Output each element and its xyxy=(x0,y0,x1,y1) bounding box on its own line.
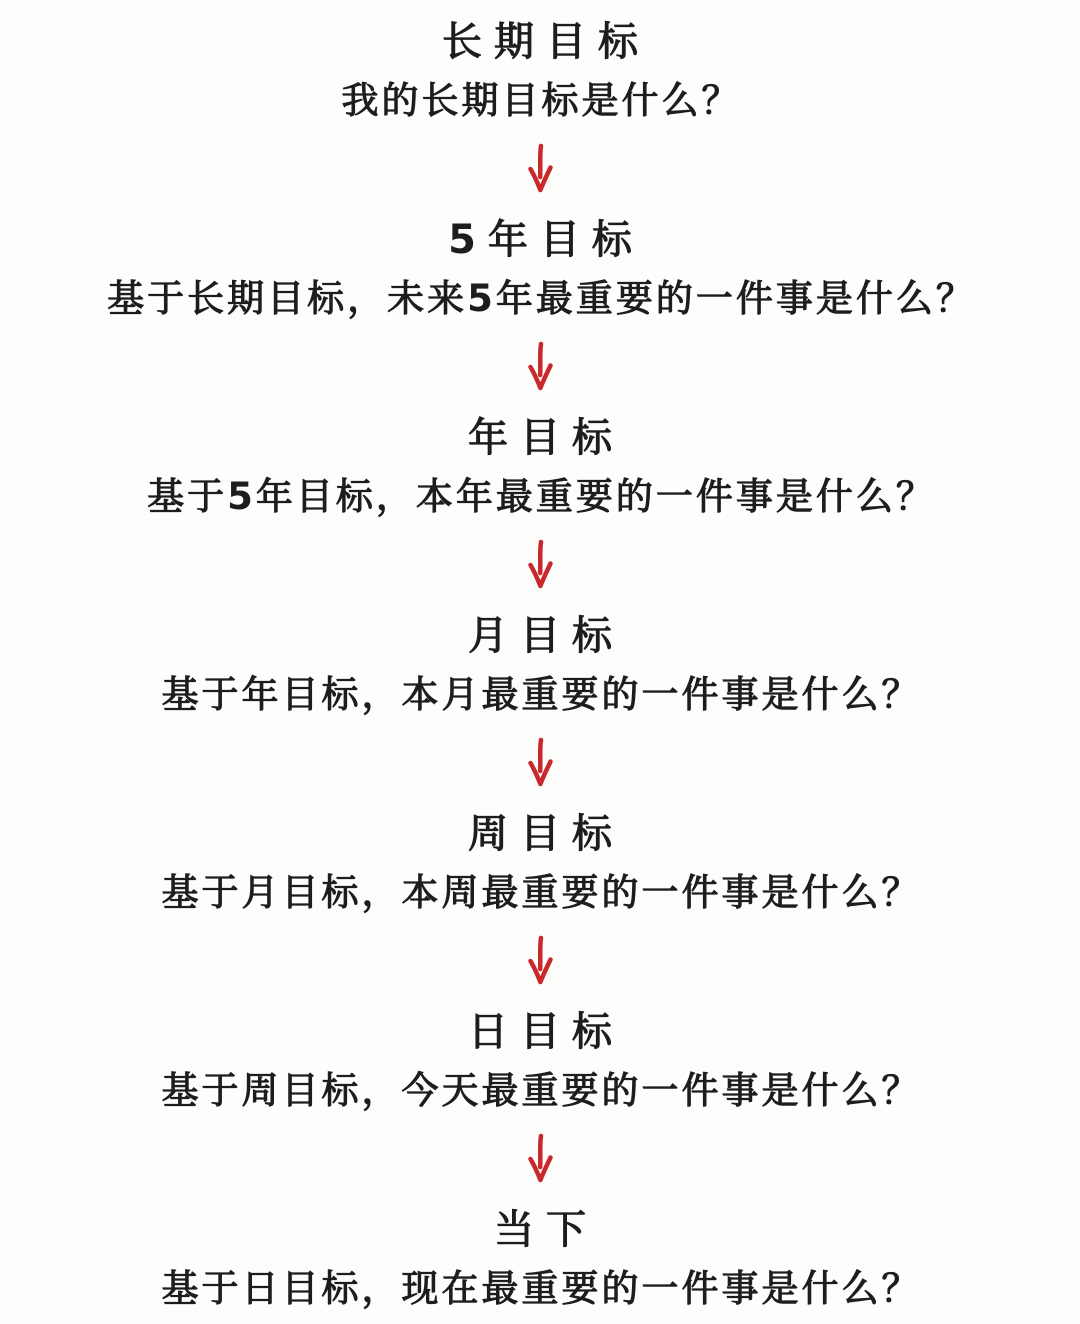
down-arrow-icon xyxy=(520,140,560,196)
down-arrow-icon xyxy=(520,536,560,592)
goal-section-year: 年目标 基于5年目标，本年最重要的一件事是什么？ xyxy=(0,414,1080,612)
section-question: 基于日目标，现在最重要的一件事是什么？ xyxy=(159,1266,922,1312)
section-question: 我的长期目标是什么？ xyxy=(339,78,742,124)
goal-section-5year: 5年目标 基于长期目标，未来5年最重要的一件事是什么？ xyxy=(0,216,1080,414)
section-title: 月目标 xyxy=(456,612,624,660)
down-arrow-icon xyxy=(520,734,560,790)
section-question: 基于年目标，本月最重要的一件事是什么？ xyxy=(159,672,922,718)
down-arrow-icon xyxy=(520,338,560,394)
down-arrow-icon xyxy=(520,932,560,988)
down-arrow-icon xyxy=(520,1130,560,1186)
goal-section-longterm: 长期目标 我的长期目标是什么？ xyxy=(0,18,1080,216)
section-title: 周目标 xyxy=(456,810,624,858)
section-question: 基于周目标，今天最重要的一件事是什么？ xyxy=(159,1068,922,1114)
section-question: 基于5年目标，本年最重要的一件事是什么？ xyxy=(144,474,936,520)
section-question: 基于长期目标，未来5年最重要的一件事是什么？ xyxy=(104,276,976,322)
goal-section-month: 月目标 基于年目标，本月最重要的一件事是什么？ xyxy=(0,612,1080,810)
section-title: 5年目标 xyxy=(436,216,644,264)
section-title: 当下 xyxy=(482,1206,598,1254)
section-title: 日目标 xyxy=(456,1008,624,1056)
goal-section-day: 日目标 基于周目标，今天最重要的一件事是什么？ xyxy=(0,1008,1080,1206)
goal-cascade-diagram: 长期目标 我的长期目标是什么？ 5年目标 基于长期目标，未来5年最重要的一件事是… xyxy=(0,0,1080,1324)
goal-section-week: 周目标 基于月目标，本周最重要的一件事是什么？ xyxy=(0,810,1080,1008)
goal-section-now: 当下 基于日目标，现在最重要的一件事是什么？ xyxy=(0,1206,1080,1324)
section-question: 基于月目标，本周最重要的一件事是什么？ xyxy=(159,870,922,916)
section-title: 年目标 xyxy=(456,414,624,462)
section-title: 长期目标 xyxy=(430,18,650,66)
